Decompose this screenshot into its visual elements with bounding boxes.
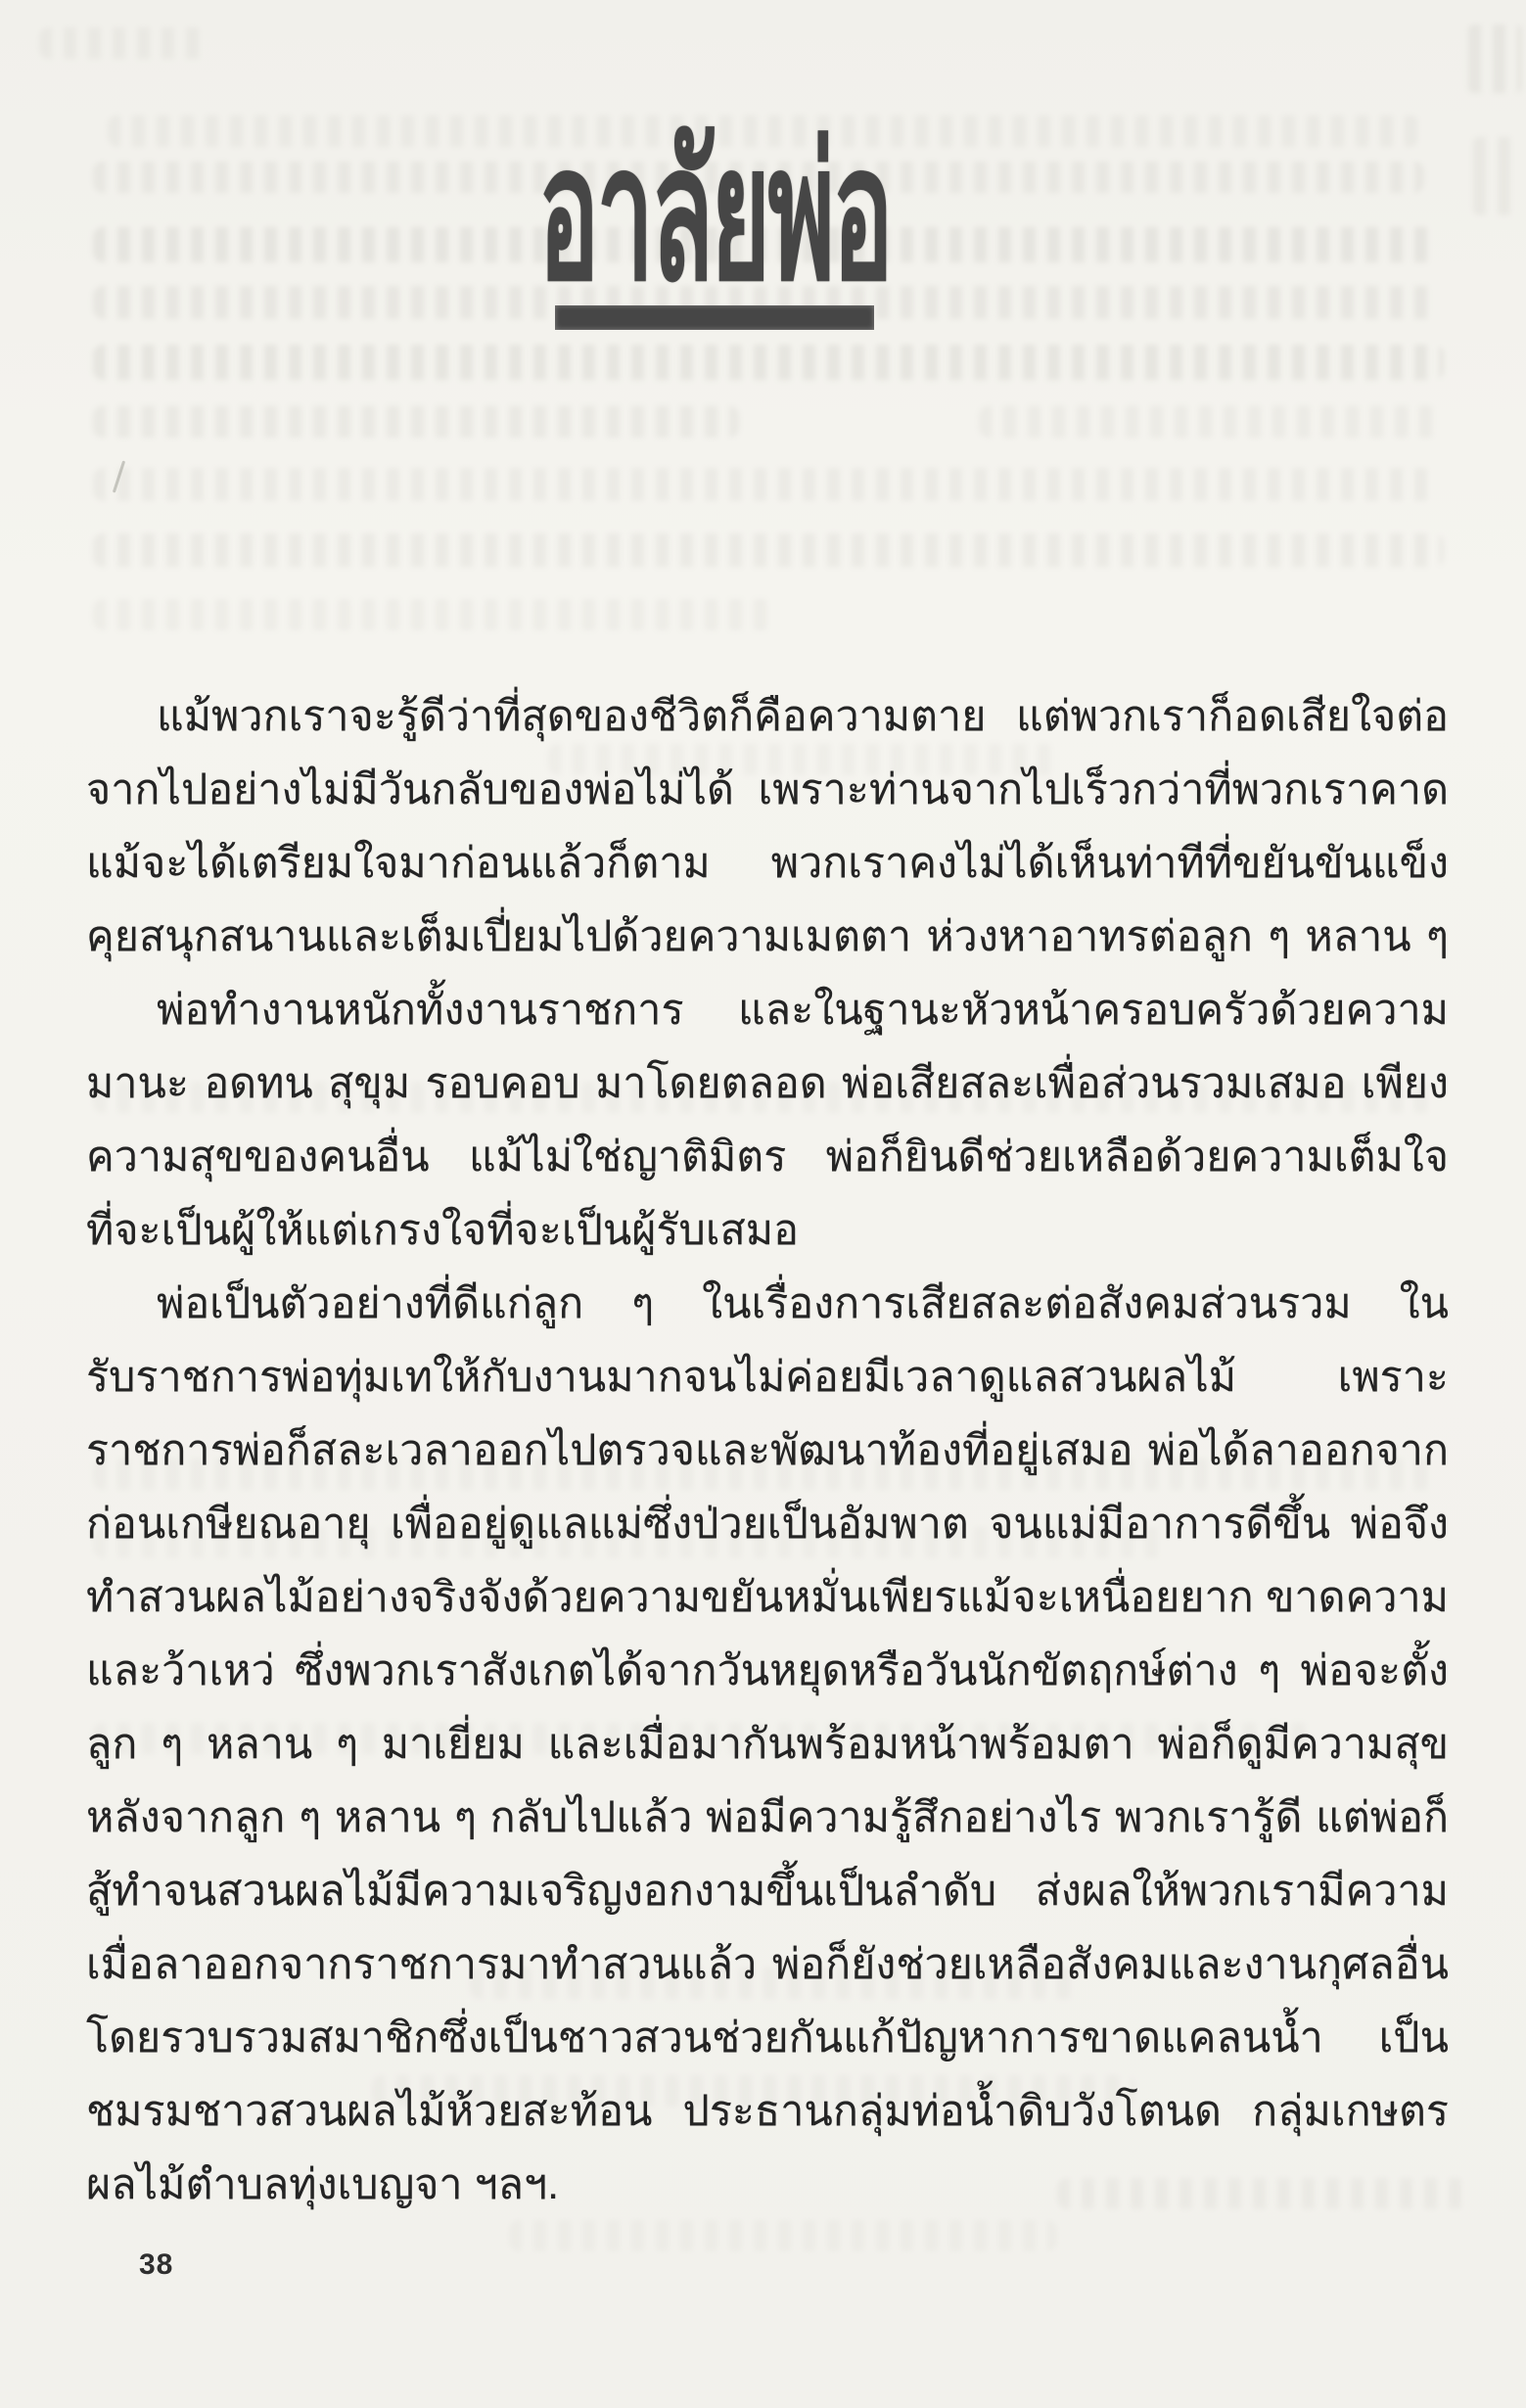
body-line: ทำสวนผลไม้อย่างจริงจังด้วยความขยันหมั่นเ… (86, 1561, 1449, 1635)
body-line: พ่อเป็นตัวอย่างที่ดีแก่ลูก ๆ ในเรื่องการ… (86, 1268, 1449, 1341)
page-number: 38 (139, 2248, 173, 2282)
body-line: และว้าเหว่ ซึ่งพวกเราสังเกตได้จากวันหยุด… (86, 1635, 1449, 1708)
bleedthrough-smudge (93, 468, 1434, 501)
body-line: เมื่อลาออกจากราชการมาทำสวนแล้ว พ่อก็ยังช… (86, 1928, 1449, 2002)
body-line: มานะ อดทน สุขุม รอบคอบ มาโดยตลอด พ่อเสีย… (86, 1047, 1449, 1121)
body-line: ที่จะเป็นผู้ให้แต่เกรงใจที่จะเป็นผู้รับเ… (86, 1194, 1449, 1268)
body-line: ก่อนเกษียณอายุ เพื่ออยู่ดูแลแม่ซึ่งป่วยเ… (86, 1488, 1449, 1561)
scanned-book-page: อาลัยพ่อ แม้พวกเราจะรู้ดีว่าที่สุดของชีว… (0, 0, 1526, 2408)
body-line: พ่อทำงานหนักทั้งงานราชการ และในฐานะหัวหน… (86, 974, 1449, 1047)
body-line: คุยสนุกสนานและเต็มเปี่ยมไปด้วยความเมตตา … (86, 901, 1449, 974)
stray-pen-mark (113, 460, 125, 492)
body-line: ผลไม้ตำบลทุ่งเบญจา ฯลฯ. (86, 2149, 1449, 2222)
title-underline-bar (555, 305, 874, 330)
bleedthrough-smudge (93, 599, 778, 630)
body-line: จากไปอย่างไม่มีวันกลับของพ่อไม่ได้ เพราะ… (86, 754, 1449, 827)
body-line: ลูก ๆ หลาน ๆ มาเยี่ยม และเมื่อมากันพร้อม… (86, 1708, 1449, 1782)
bleedthrough-smudge (93, 406, 739, 438)
body-line: หลังจากลูก ๆ หลาน ๆ กลับไปแล้ว พ่อมีความ… (86, 1782, 1449, 1855)
body-line: ชมรมชาวสวนผลไม้ห้วยสะท้อน ประธานกลุ่มท่อ… (86, 2075, 1449, 2149)
body-line: รับราชการพ่อทุ่มเทให้กับงานมากจนไม่ค่อยม… (86, 1341, 1449, 1414)
bleedthrough-smudge (39, 27, 206, 59)
body-line: โดยรวบรวมสมาชิกซึ่งเป็นชาวสวนช่วยกันแก้ป… (86, 2002, 1449, 2075)
bleedthrough-smudge (93, 533, 1444, 567)
body-text: แม้พวกเราจะรู้ดีว่าที่สุดของชีวิตก็คือคว… (86, 680, 1449, 2222)
bleedthrough-smudge (509, 2220, 1057, 2251)
body-line: แม้จะได้เตรียมใจมาก่อนแล้วก็ตาม พวกเราคง… (86, 827, 1449, 901)
body-line: ความสุขของคนอื่น แม้ไม่ใช่ญาติมิตร พ่อก็… (86, 1121, 1449, 1194)
bleedthrough-smudge (1473, 137, 1522, 215)
bleedthrough-smudge (979, 406, 1439, 438)
body-line: สู้ทำจนสวนผลไม้มีความเจริญงอกงามขึ้นเป็น… (86, 1855, 1449, 1928)
body-line: ราชการพ่อก็สละเวลาออกไปตรวจและพัฒนาท้องท… (86, 1414, 1449, 1488)
body-line: แม้พวกเราจะรู้ดีว่าที่สุดของชีวิตก็คือคว… (86, 680, 1449, 754)
bleedthrough-smudge (1468, 24, 1522, 93)
